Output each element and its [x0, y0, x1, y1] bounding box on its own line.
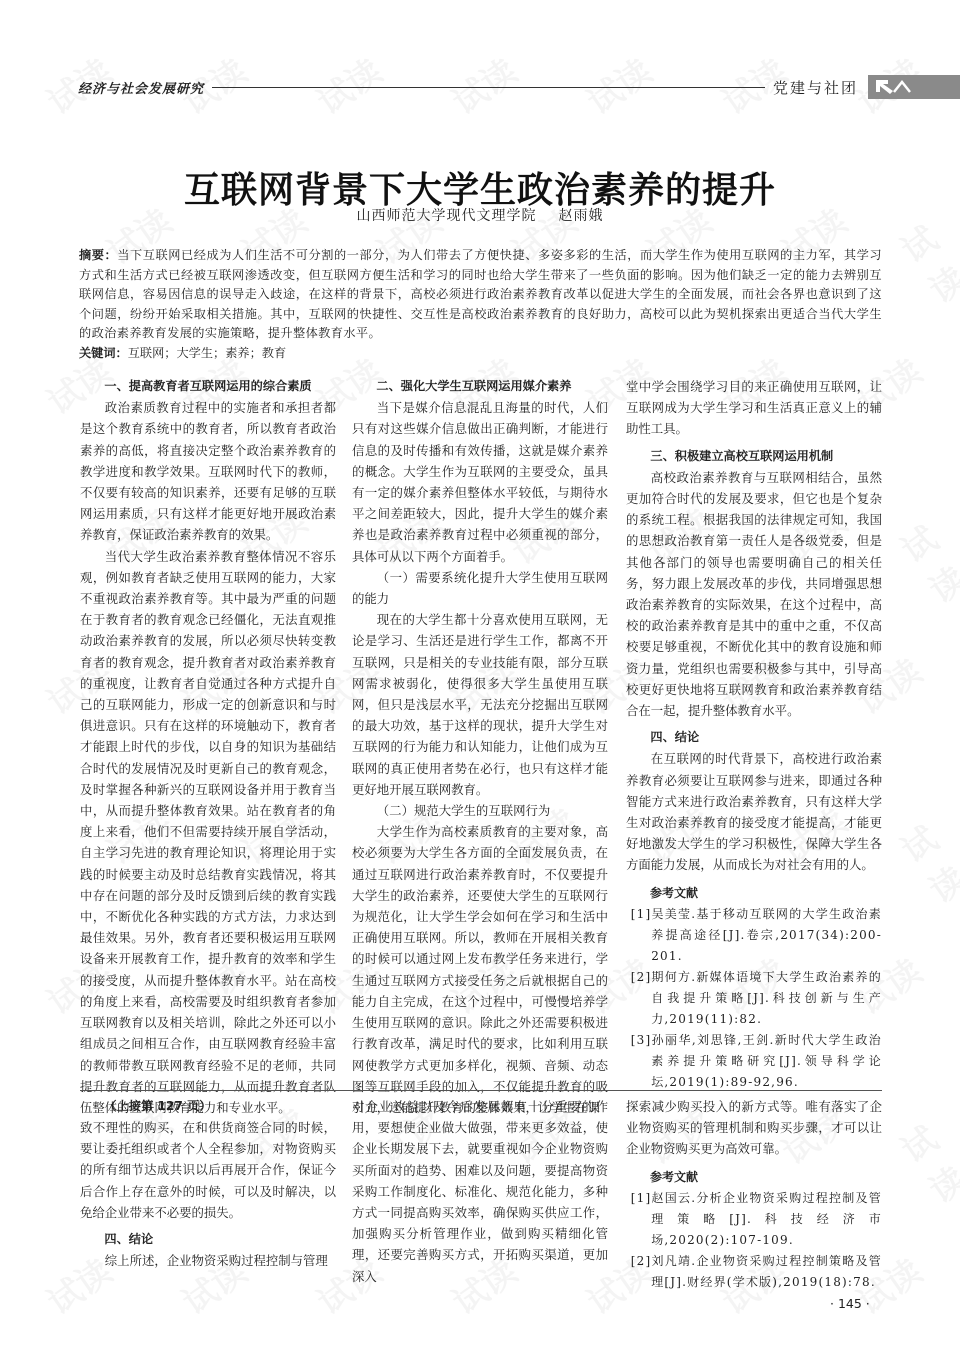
paragraph: 大学生作为高校素质教育的主要对象，高校必须要为大学生各方面的全面发展负责，在通过… [352, 821, 608, 1118]
paragraph: 对企业效益以及今后发展都有十分重要的作用，要想使企业做大做强，带来更多效益，使企… [352, 1096, 608, 1287]
subheading-2-1: （一）需要系统化提升大学生使用互联网的能力 [352, 567, 608, 609]
continuation-column-2: 对企业效益以及今后发展都有十分重要的作用，要想使企业做大做强，带来更多效益，使企… [352, 1096, 608, 1287]
paragraph: 探索减少购买投入的新方式等。唯有落实了企业物资购买的管理机制和购买步骤，才可以让… [626, 1096, 882, 1160]
journal-name: 经济与社会发展研究 [78, 78, 204, 97]
paragraph: 现在的大学生都十分喜欢使用互联网，无论是学习、生活还是进行学生工作，都离不开互联… [352, 609, 608, 800]
paragraph: 当代大学生政治素养教育整体情况不容乐观，例如教育者缺乏使用互联网的能力，大家不重… [80, 546, 336, 1118]
paragraph: 在互联网的时代背景下，高校进行政治素养教育必须要让互联网参与进来，即通过各种智能… [626, 748, 882, 875]
reference-item: [3]孙丽华,刘思锋,王剑.新时代大学生政治素养提升策略研究[J].领导科学论坛… [626, 1030, 882, 1093]
reference-item: [1]吴美莹.基于移动互联网的大学生政治素养提高途径[J].卷宗,2017(34… [626, 904, 882, 967]
section-heading-3: 三、积极建立高校互联网运用机制 [626, 446, 882, 467]
arrow-graphic-icon [868, 75, 960, 99]
watermark-text: 试读 [890, 806, 960, 913]
subheading-2-2: （二）规范大学生的互联网行为 [352, 800, 608, 821]
page-number: · 145 · [830, 1296, 870, 1311]
watermark-text: 试读 [890, 506, 960, 613]
running-header: 经济与社会发展研究 党建与社团 [78, 74, 960, 100]
section-heading-1: 一、提高教育者互联网运用的综合素质 [80, 376, 336, 397]
reference-item: [2]期何方.新媒体语境下大学生政治素养的自我提升策略[J].科技创新与生产力,… [626, 967, 882, 1030]
section-heading-2: 二、强化大学生互联网运用媒介素养 [352, 376, 608, 397]
body-column-1: 一、提高教育者互联网运用的综合素质 政治素质教育过程中的实施者和承担者都是这个教… [80, 376, 336, 1118]
section-heading-4: 四、结论 [626, 727, 882, 748]
section-divider [80, 1090, 882, 1091]
keywords-label: 关键词： [79, 346, 128, 360]
paragraph: 高校政治素养教育与互联网相结合，虽然更加符合时代的发展及要求，但它也是个复杂的系… [626, 467, 882, 721]
references-heading: 参考文献 [626, 1166, 882, 1188]
body-column-3: 堂中学会围绕学习目的来正确使用互联网，让互联网成为大学生学习和生活真正意义上的辅… [626, 376, 882, 1093]
abstract-text: 当下互联网已经成为人们生活不可分割的一部分，为人们带去了方便快捷、多姿多彩的生活… [79, 248, 882, 340]
paragraph: 当下是媒介信息混乱且海量的时代，人们只有对这些媒介信息做出正确判断，才能进行信息… [352, 397, 608, 567]
references-heading: 参考文献 [626, 882, 882, 904]
continuation-heading: 四、结论 [80, 1229, 336, 1250]
continuation-column-1: （上接第 127 页） 致不理性的购买，在和供货商签合同的时候，要让委托组织或者… [80, 1096, 336, 1271]
reference-item: [2]刘凡靖.企业物资采购过程控制策略及管理[J].财经界(学术版),2019(… [626, 1251, 882, 1293]
reference-item: [1]赵国云.分析企业物资采购过程控制及管理策略[J].科技经济市场,2020(… [626, 1188, 882, 1251]
paragraph: 致不理性的购买，在和供货商签合同的时候，要让委托组织或者个人全程参加，对物资购买… [80, 1117, 336, 1223]
watermark-text: 试读 [890, 1106, 960, 1213]
paragraph: 堂中学会围绕学习目的来正确使用互联网，让互联网成为大学生学习和生活真正意义上的辅… [626, 376, 882, 440]
abstract-label: 摘要： [79, 248, 117, 262]
continued-from-label: （上接第 127 页） [80, 1096, 336, 1117]
keywords: 关键词：互联网；大学生；素养；教育 [79, 344, 286, 361]
keywords-text: 互联网；大学生；素养；教育 [128, 346, 286, 360]
body-column-2: 二、强化大学生互联网运用媒介素养 当下是媒介信息混乱且海量的时代，人们只有对这些… [352, 376, 608, 1118]
continuation-column-3: 探索减少购买投入的新方式等。唯有落实了企业物资购买的管理机制和购买步骤，才可以让… [626, 1096, 882, 1293]
author-line: 山西师范大学现代文理学院赵雨娥 [0, 205, 960, 225]
section-tag: 党建与社团 [773, 77, 858, 98]
author-name: 赵雨娥 [559, 208, 604, 224]
header-rule [212, 87, 765, 88]
affiliation: 山西师范大学现代文理学院 [357, 208, 537, 224]
paragraph: 综上所述，企业物资采购过程控制与管理 [80, 1250, 336, 1271]
abstract: 摘要：当下互联网已经成为人们生活不可分割的一部分，为人们带去了方便快捷、多姿多彩… [79, 246, 882, 344]
paragraph: 政治素质教育过程中的实施者和承担者都是这个教育系统中的教育者，所以教育者政治素养… [80, 397, 336, 545]
